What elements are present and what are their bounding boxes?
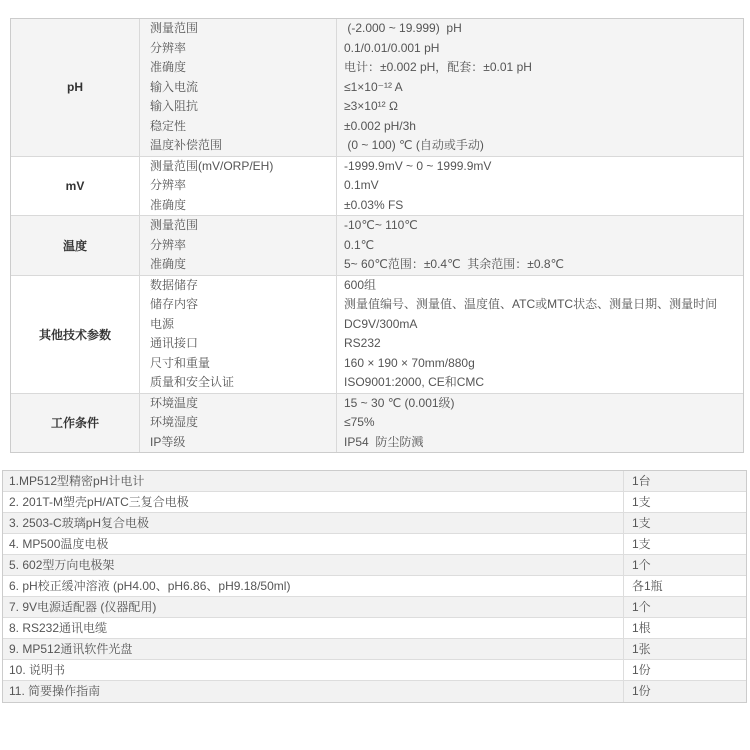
item-qty: 1支 [623,492,746,512]
spec-params-column: 测量范围(mV/ORP/EH) 分辨率 准确度 [139,157,336,216]
spec-group-mv: mV 测量范围(mV/ORP/EH) 分辨率 准确度 -1999.9mV ~ 0… [11,157,743,217]
spec-value: ±0.03% FS [344,196,743,216]
item-qty: 1支 [623,534,746,554]
spec-value: DC9V/300mA [344,315,743,335]
spec-values-column: 600组 测量值编号、测量值、温度值、ATC或MTC状态、测量日期、测量时间 D… [336,276,743,393]
spec-param: 测量范围 [150,19,336,39]
packing-row: 8. RS232通讯电缆 1根 [3,618,746,639]
spec-param: 准确度 [150,58,336,78]
packing-row: 1.MP512型精密pH计电计 1台 [3,471,746,492]
spec-param: 数据储存 [150,276,336,296]
spec-value: 0.1/0.01/0.001 pH [344,39,743,59]
item-name: 2. 201T-M塑壳pH/ATC三复合电极 [3,492,623,512]
spec-value: 0.1℃ [344,236,743,256]
item-name: 3. 2503-C玻璃pH复合电极 [3,513,623,533]
packing-row: 4. MP500温度电极 1支 [3,534,746,555]
packing-row: 5. 602型万向电极架 1个 [3,555,746,576]
item-qty: 1根 [623,618,746,638]
spec-value: ≤1×10⁻¹² A [344,78,743,98]
spec-param: 环境温度 [150,394,336,414]
item-qty: 1个 [623,597,746,617]
packing-row: 11. 简要操作指南 1份 [3,681,746,702]
spec-value: RS232 [344,334,743,354]
packing-row: 2. 201T-M塑壳pH/ATC三复合电极 1支 [3,492,746,513]
spec-params-column: 测量范围 分辨率 准确度 [139,216,336,275]
item-qty: 1张 [623,639,746,659]
spec-value: ≥3×10¹² Ω [344,97,743,117]
spec-param: 质量和安全认证 [150,373,336,393]
spec-param: 分辨率 [150,39,336,59]
spec-value: (0 ~ 100) ℃ (自动或手动) [344,136,743,156]
spec-value: IP54 防尘防溅 [344,433,743,453]
spec-value: -1999.9mV ~ 0 ~ 1999.9mV [344,157,743,177]
spec-value: (-2.000 ~ 19.999) pH [344,19,743,39]
spec-value: 0.1mV [344,176,743,196]
spec-value: ISO9001:2000, CE和CMC [344,373,743,393]
item-qty: 1支 [623,513,746,533]
packing-row: 7. 9V电源适配器 (仪器配用) 1个 [3,597,746,618]
spec-value: 电计：±0.002 pH，配套：±0.01 pH [344,58,743,78]
spec-param: 温度补偿范围 [150,136,336,156]
spec-value: 5~ 60℃范围：±0.4℃ 其余范围：±0.8℃ [344,255,743,275]
spec-group-label-ph: pH [11,19,139,156]
packing-row: 6. pH校正缓冲溶液 (pH4.00、pH6.86、pH9.18/50ml) … [3,576,746,597]
item-name: 1.MP512型精密pH计电计 [3,471,623,491]
item-name: 5. 602型万向电极架 [3,555,623,575]
item-qty: 1台 [623,471,746,491]
packing-row: 10. 说明书 1份 [3,660,746,681]
item-name: 8. RS232通讯电缆 [3,618,623,638]
spec-param: 分辨率 [150,176,336,196]
item-name: 4. MP500温度电极 [3,534,623,554]
spec-param: 环境湿度 [150,413,336,433]
spec-table: pH 测量范围 分辨率 准确度 输入电流 输入阻抗 稳定性 温度补偿范围 (-2… [10,18,744,453]
spec-param: 测量范围(mV/ORP/EH) [150,157,336,177]
item-name: 9. MP512通讯软件光盘 [3,639,623,659]
spec-param: 电源 [150,315,336,335]
spec-param: 输入阻抗 [150,97,336,117]
spec-param: 准确度 [150,255,336,275]
spec-values-column: (-2.000 ~ 19.999) pH 0.1/0.01/0.001 pH 电… [336,19,743,156]
spec-group-working-conditions: 工作条件 环境温度 环境湿度 IP等级 15 ~ 30 ℃ (0.001级) ≤… [11,394,743,453]
item-name: 10. 说明书 [3,660,623,680]
spec-params-column: 测量范围 分辨率 准确度 输入电流 输入阻抗 稳定性 温度补偿范围 [139,19,336,156]
packing-list-table: 1.MP512型精密pH计电计 1台 2. 201T-M塑壳pH/ATC三复合电… [2,470,747,703]
spec-param: 测量范围 [150,216,336,236]
packing-row: 3. 2503-C玻璃pH复合电极 1支 [3,513,746,534]
item-qty: 1份 [623,660,746,680]
spec-values-column: 15 ~ 30 ℃ (0.001级) ≤75% IP54 防尘防溅 [336,394,743,453]
item-qty: 各1瓶 [623,576,746,596]
spec-values-column: -10℃~ 110℃ 0.1℃ 5~ 60℃范围：±0.4℃ 其余范围：±0.8… [336,216,743,275]
spec-group-label-temperature: 温度 [11,216,139,275]
spec-params-column: 环境温度 环境湿度 IP等级 [139,394,336,453]
spec-param: 准确度 [150,196,336,216]
spec-value: 测量值编号、测量值、温度值、ATC或MTC状态、测量日期、测量时间 [344,295,743,315]
item-qty: 1个 [623,555,746,575]
spec-value: 600组 [344,276,743,296]
spec-group-other-parameters: 其他技术参数 数据储存 储存内容 电源 通讯接口 尺寸和重量 质量和安全认证 6… [11,276,743,394]
spec-group-label-working-conditions: 工作条件 [11,394,139,453]
spec-values-column: -1999.9mV ~ 0 ~ 1999.9mV 0.1mV ±0.03% FS [336,157,743,216]
spec-group-ph: pH 测量范围 分辨率 准确度 输入电流 输入阻抗 稳定性 温度补偿范围 (-2… [11,19,743,157]
spec-param: IP等级 [150,433,336,453]
item-name: 6. pH校正缓冲溶液 (pH4.00、pH6.86、pH9.18/50ml) [3,576,623,596]
spec-params-column: 数据储存 储存内容 电源 通讯接口 尺寸和重量 质量和安全认证 [139,276,336,393]
spec-group-label-mv: mV [11,157,139,216]
item-name: 7. 9V电源适配器 (仪器配用) [3,597,623,617]
spec-param: 通讯接口 [150,334,336,354]
spec-value: 15 ~ 30 ℃ (0.001级) [344,394,743,414]
spec-param: 尺寸和重量 [150,354,336,374]
spec-group-label-other-parameters: 其他技术参数 [11,276,139,393]
spec-param: 输入电流 [150,78,336,98]
spec-value: 160 × 190 × 70mm/880g [344,354,743,374]
item-qty: 1份 [623,681,746,702]
packing-row: 9. MP512通讯软件光盘 1张 [3,639,746,660]
spec-value: ≤75% [344,413,743,433]
spec-param: 储存内容 [150,295,336,315]
spec-value: ±0.002 pH/3h [344,117,743,137]
item-name: 11. 简要操作指南 [3,681,623,702]
spec-param: 稳定性 [150,117,336,137]
spec-param: 分辨率 [150,236,336,256]
spec-group-temperature: 温度 测量范围 分辨率 准确度 -10℃~ 110℃ 0.1℃ 5~ 60℃范围… [11,216,743,276]
spec-value: -10℃~ 110℃ [344,216,743,236]
